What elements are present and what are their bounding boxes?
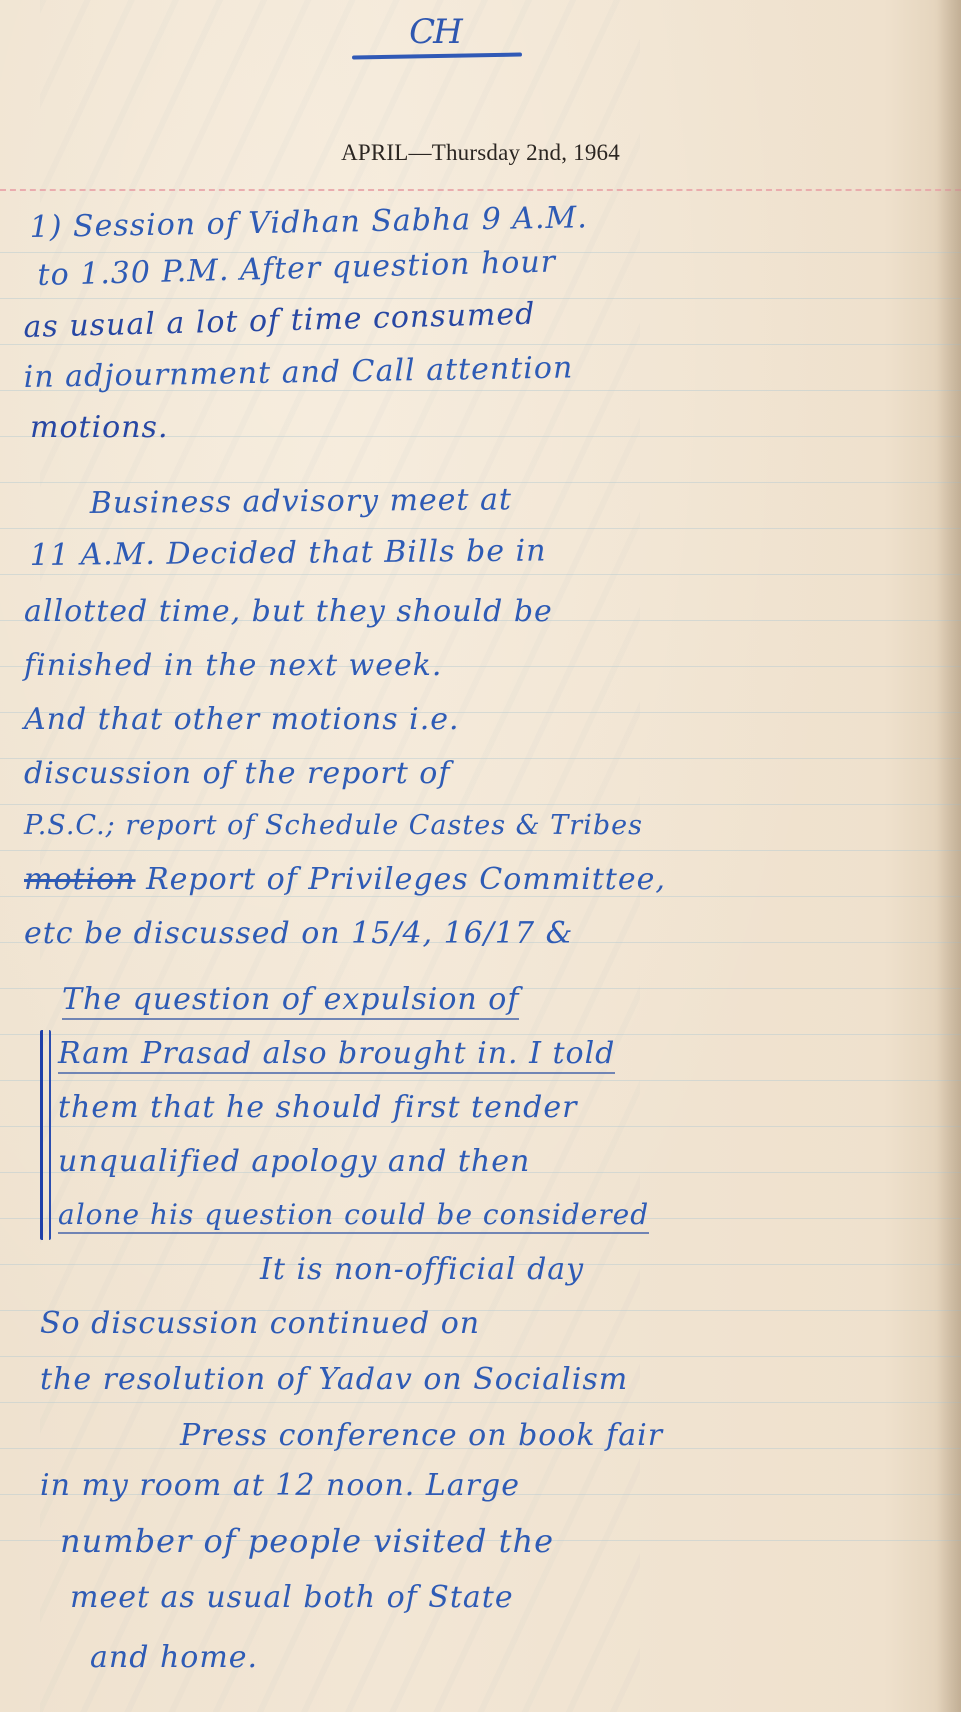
ruled-line <box>0 804 961 805</box>
ruled-line <box>0 528 961 529</box>
printed-date-header: APRIL—Thursday 2nd, 1964 <box>0 140 961 166</box>
page-edge-shadow <box>937 0 961 1712</box>
ruled-line <box>0 1080 961 1081</box>
entry-line-9: finished in the next week. <box>24 648 442 683</box>
ruled-line <box>0 1356 961 1357</box>
ruled-line <box>0 344 961 345</box>
struck-word: motion <box>24 862 136 897</box>
entry-line-17: them that he should first tender <box>58 1090 577 1125</box>
margin-bracket-mark <box>40 1030 51 1240</box>
entry-line-11: discussion of the report of <box>24 756 450 791</box>
entry-line-22: the resolution of Yadav on Socialism <box>40 1362 628 1397</box>
entry-line-26: meet as usual both of State <box>70 1580 514 1615</box>
ruled-line <box>0 1034 961 1035</box>
entry-line-21: So discussion continued on <box>40 1306 480 1341</box>
handwritten-initials: CH <box>360 12 510 52</box>
entry-line-8: allotted time, but they should be <box>24 594 553 629</box>
diary-page: CH APRIL—Thursday 2nd, 1964 1) Session o… <box>0 0 961 1712</box>
red-margin-rule <box>0 189 961 191</box>
entry-line-6: Business advisory meet at <box>90 482 512 521</box>
ruled-line <box>0 574 961 575</box>
entry-line-13: motion Report of Privileges Committee, <box>24 862 666 897</box>
entry-line-10: And that other motions i.e. <box>24 702 460 737</box>
entry-line-15: The question of expulsion of <box>62 982 519 1017</box>
entry-line-5: motions. <box>30 410 168 445</box>
ruled-line <box>0 1126 961 1127</box>
entry-line-14: etc be discussed on 15/4, 16/17 & <box>24 916 573 951</box>
entry-line-12: P.S.C.; report of Schedule Castes & Trib… <box>24 810 643 841</box>
entry-line-7: 11 A.M. Decided that Bills be in <box>30 533 547 573</box>
entry-line-24: in my room at 12 noon. Large <box>40 1468 520 1503</box>
entry-line-25: number of people visited the <box>60 1522 554 1560</box>
entry-line-16: Ram Prasad also brought in. I told <box>58 1036 615 1071</box>
entry-line-27: and home. <box>90 1640 258 1675</box>
ruled-line <box>0 1402 961 1403</box>
entry-line-19: alone his question could be considered <box>58 1198 649 1231</box>
entry-line-23: Press conference on book fair <box>180 1418 663 1453</box>
ruled-line <box>0 850 961 851</box>
entry-line-20: It is non-official day <box>260 1252 584 1287</box>
entry-line-18: unqualified apology and then <box>58 1144 530 1179</box>
